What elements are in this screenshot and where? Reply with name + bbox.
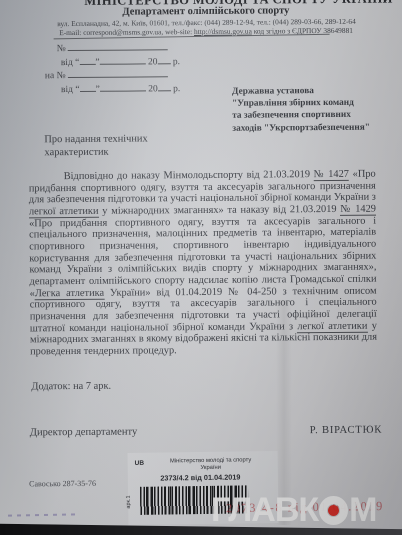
day-blank-2 xyxy=(80,82,96,91)
label-ministry-line: України xyxy=(150,464,272,472)
recipient-line: "Управління збірних команд xyxy=(232,97,372,110)
paper-sheet: МІНІСТЕРСТВО МОЛОДІ ТА СПОРТУ УКРАЇНИ Де… xyxy=(0,0,402,535)
signer-position: Директор департаменту xyxy=(30,427,138,439)
glavcom-logo-o-icon xyxy=(319,496,348,525)
signer-name: Р. ВІРАСТЮК xyxy=(310,425,383,437)
subject-block: Про надання технічних характеристик xyxy=(44,132,174,159)
recipient-line: заходів "Укрспортзабезпечення" xyxy=(232,121,372,134)
vid-label-2: від xyxy=(61,85,73,95)
ref-na-line: на № xyxy=(45,68,195,81)
year-prefix-2: 20 xyxy=(148,84,158,94)
day-blank xyxy=(79,55,95,64)
recipient-line: Державна установа xyxy=(232,85,372,98)
sheet-count-note: арк.1 xyxy=(126,495,132,508)
label-ministry-name: Міністерство молоді та спорту України xyxy=(150,457,272,472)
month-blank xyxy=(100,55,146,64)
na-label: на № xyxy=(45,71,66,81)
month-blank-2 xyxy=(100,82,146,91)
reference-number-block: № від “” 20 р. на № від “” 20 р. xyxy=(45,41,195,96)
ref-na-blank xyxy=(68,68,168,78)
registration-number: 2373/4.2 від 01.04.2019 xyxy=(128,472,273,483)
ref-date-line: від “” 20 р. xyxy=(45,55,195,68)
year-suffix-2: р. xyxy=(173,84,180,94)
pen-underlined-text: легкої атлетики xyxy=(29,206,99,219)
department-name: Департамент олімпійського спорту xyxy=(58,5,353,18)
executor-contact: Савосько 287-35-76 xyxy=(29,479,96,489)
attachment-note: Додаток: на 7 арк. xyxy=(31,381,111,393)
recipient-line: та забезпечення спортивних xyxy=(232,109,372,122)
document-photo: МІНІСТЕРСТВО МОЛОДІ ТА СПОРТУ УКРАЇНИ Де… xyxy=(0,0,402,535)
pen-underlined-text: № 1429 xyxy=(340,204,376,216)
year-suffix: р. xyxy=(173,57,180,67)
pen-underlined-text: Легка атлетика xyxy=(35,287,104,300)
glavcom-logo: ГЛАВКМ xyxy=(211,487,376,533)
no-label: № xyxy=(57,44,66,54)
pen-underlined-text: легкої атлетики xyxy=(297,320,367,333)
ref-no-blank xyxy=(68,41,168,51)
letter-body-paragraph: Відповідно до наказу Мінмолодьспорту від… xyxy=(29,169,377,358)
glavcom-logo-text-left: ГЛАВК xyxy=(211,491,318,530)
subject-line: Про надання технічних xyxy=(44,132,174,146)
pen-underlined-text: № 1427 xyxy=(314,169,349,181)
recipient-block: Державна установа "Управління збірних ко… xyxy=(232,85,372,135)
ref-no-line: № xyxy=(45,41,195,54)
subject-line: характеристик xyxy=(44,145,174,159)
vid-label: від xyxy=(61,58,73,68)
glavcom-logo-text-right: М xyxy=(349,491,376,530)
website-link-text: http://dsmsu.gov.ua xyxy=(194,26,252,35)
year-prefix: 20 xyxy=(148,57,158,67)
label-code: UB xyxy=(135,460,144,467)
year-blank-2 xyxy=(158,82,171,91)
email-text: E-mail: correspond@msms.gov.ua, web-site… xyxy=(59,27,194,37)
ref-date-line-2: від “” 20 р. xyxy=(45,82,195,95)
glavcom-red-dot-icon xyxy=(328,505,339,516)
year-blank xyxy=(157,55,170,64)
